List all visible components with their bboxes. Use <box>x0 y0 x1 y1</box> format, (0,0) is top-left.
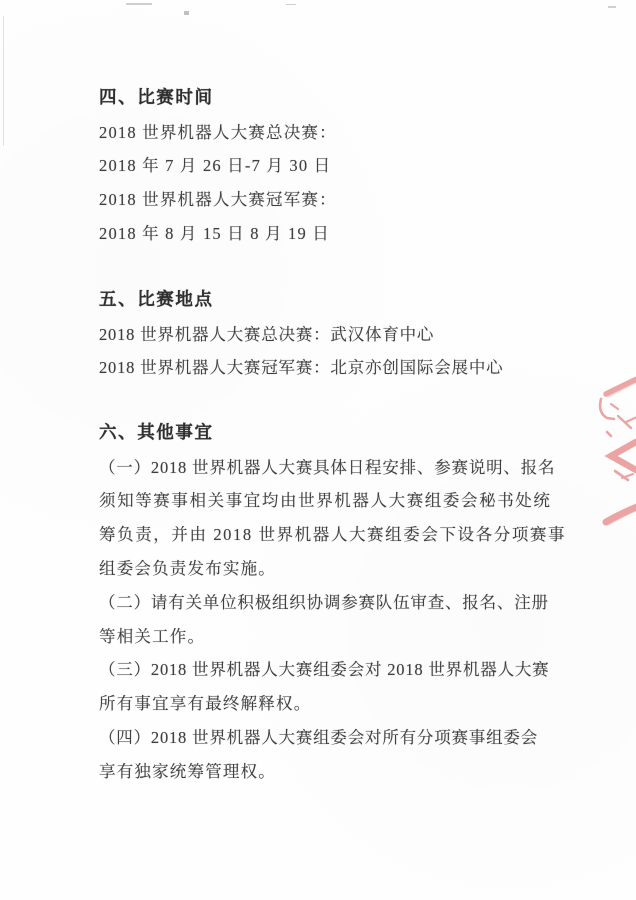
text-line: 享有独家统筹管理权。 <box>99 753 569 787</box>
text-line: 2018 世界机器人大赛冠军赛：北京亦创国际会展中心 <box>99 350 569 384</box>
text-line: 须知等赛事相关事宜均由世界机器人大赛组委会秘书处统 <box>99 483 569 517</box>
text-line: （一）2018 世界机器人大赛具体日程安排、参赛说明、报名 <box>99 449 569 483</box>
text-line: 筹负责，并由 2018 世界机器人大赛组委会下设各分项赛事 <box>99 516 569 550</box>
text-line: 组委会负责发布实施。 <box>99 550 569 584</box>
scan-artifact-left-line <box>3 16 4 146</box>
scan-artifact-speck <box>286 4 296 5</box>
section-heading: 五、比赛地点 <box>99 282 569 316</box>
text-line: 2018 年 7 月 26 日-7 月 30 日 <box>99 148 569 182</box>
text-line: 2018 年 8 月 15 日 8 月 19 日 <box>99 215 569 249</box>
scanned-document-page: 四、比赛时间 2018 世界机器人大赛总决赛： 2018 年 7 月 26 日-… <box>0 0 636 900</box>
text-line: 2018 世界机器人大赛总决赛：武汉体育中心 <box>99 316 569 350</box>
section-competition-venue: 五、比赛地点 2018 世界机器人大赛总决赛：武汉体育中心 2018 世界机器人… <box>99 282 569 383</box>
scan-artifact-speck <box>126 3 152 5</box>
scan-artifact-speck <box>608 6 616 8</box>
text-line: 等相关工作。 <box>99 618 569 652</box>
section-heading: 六、其他事宜 <box>99 415 569 449</box>
text-line: 所有事宜享有最终解释权。 <box>99 685 569 719</box>
red-seal-stamp-icon <box>584 370 636 532</box>
section-heading: 四、比赛时间 <box>99 80 569 114</box>
text-line: 2018 世界机器人大赛冠军赛： <box>99 181 569 215</box>
section-other-matters: 六、其他事宜 （一）2018 世界机器人大赛具体日程安排、参赛说明、报名 须知等… <box>99 415 569 787</box>
text-line: （三）2018 世界机器人大赛组委会对 2018 世界机器人大赛 <box>99 652 569 686</box>
scan-artifact-speck <box>184 11 189 15</box>
text-line: 2018 世界机器人大赛总决赛： <box>99 114 569 148</box>
text-line: （四）2018 世界机器人大赛组委会对所有分项赛事组委会 <box>99 719 569 753</box>
section-competition-time: 四、比赛时间 2018 世界机器人大赛总决赛： 2018 年 7 月 26 日-… <box>99 80 569 249</box>
text-line: （二）请有关单位积极组织协调参赛队伍审查、报名、注册 <box>99 584 569 618</box>
